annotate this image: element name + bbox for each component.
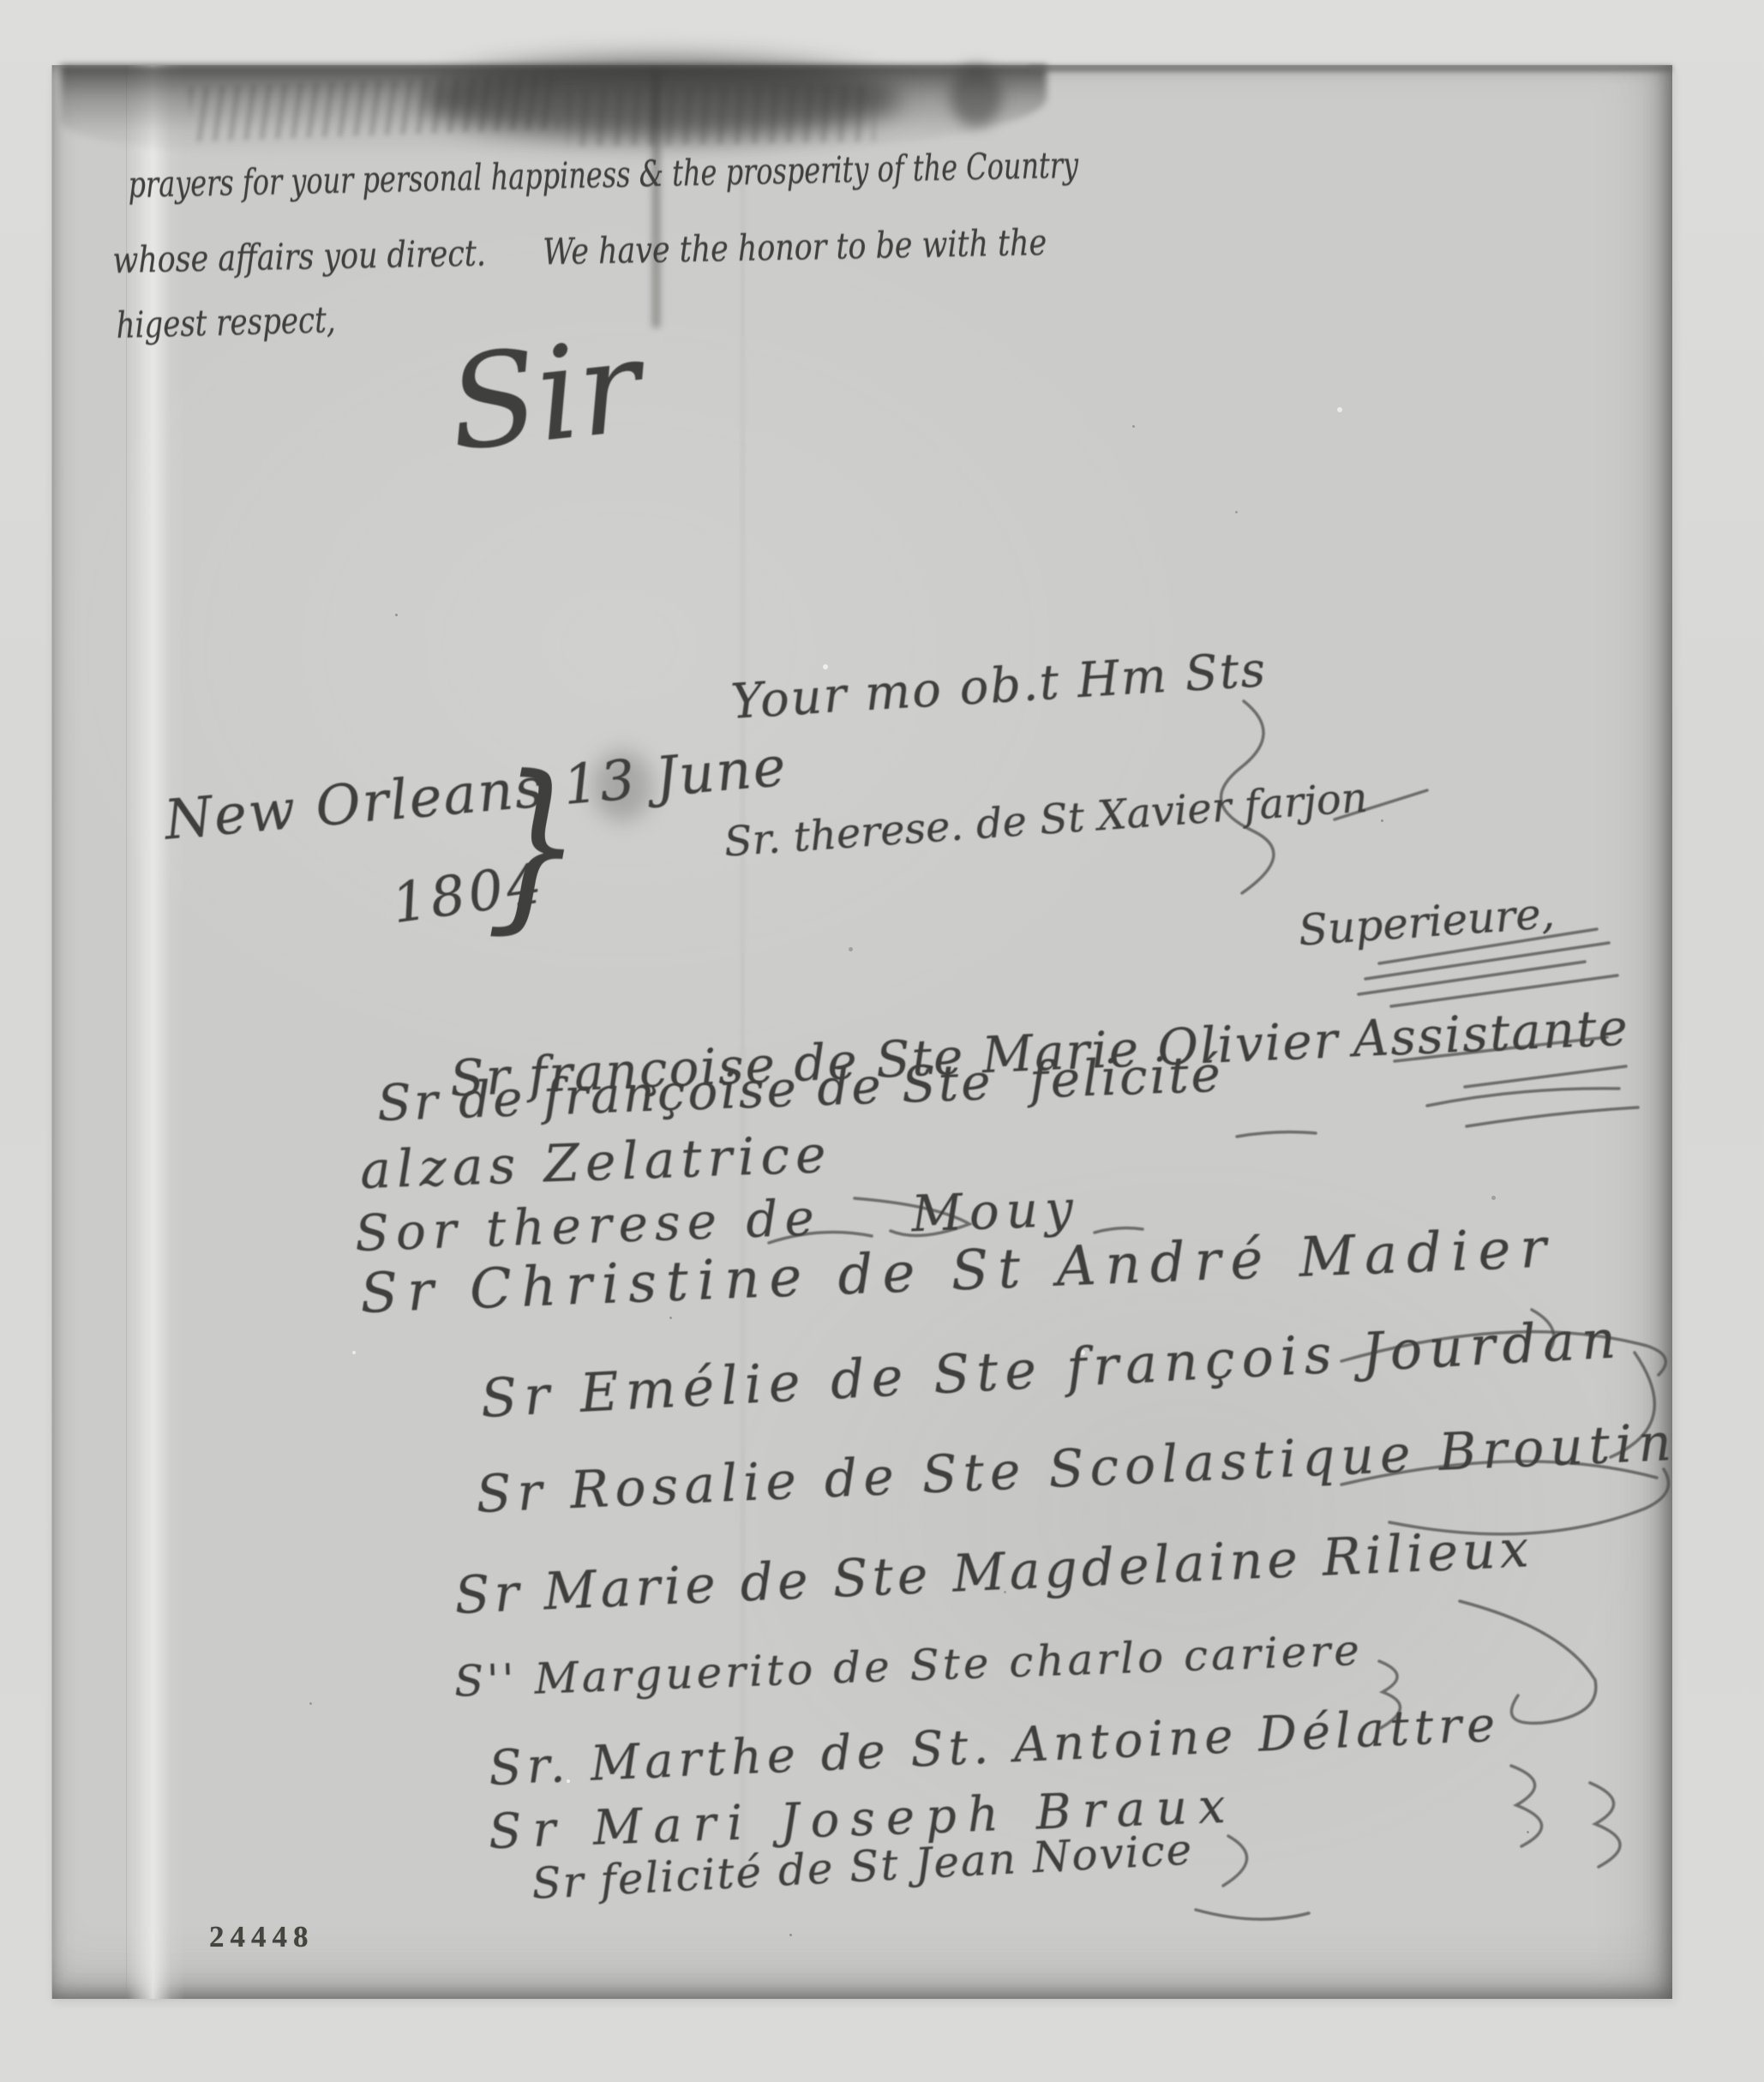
letter-body-line-3: higest respect, [116, 299, 336, 346]
scanned-letter-screenshot: { "colors": { "scan_background": "#d9d9d… [0, 0, 1764, 2082]
signature-title: Assistante [1352, 998, 1630, 1068]
dateline-brace: } [485, 732, 585, 957]
salutation-sir: Sir [442, 313, 647, 480]
archival-stamp-number: 24448 [209, 1920, 315, 1954]
letter-page: prayers for your personal happiness & th… [51, 65, 1672, 1999]
